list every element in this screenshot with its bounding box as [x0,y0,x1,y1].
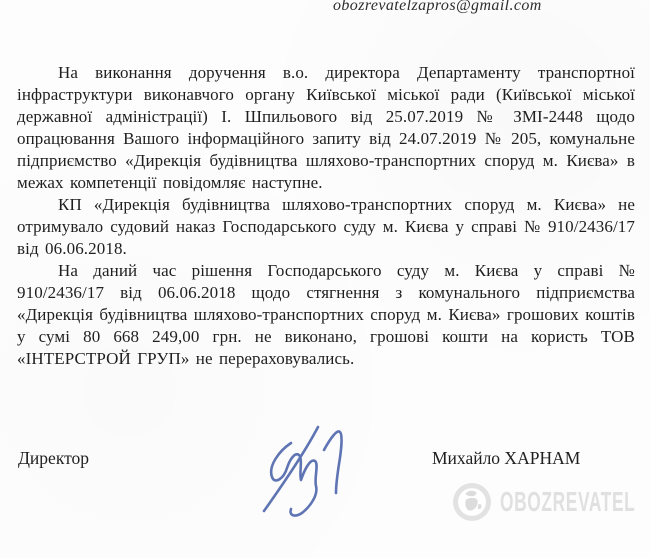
handwritten-signature [248,413,363,528]
paragraph-2: КП «Дирекція будівництва шляхово-транспо… [17,194,635,260]
email-address: obozrevatelzapros@gmail.com [333,0,542,15]
signature-stroke-loops [271,443,316,516]
signatory-name: Михайло ХАРНАМ [432,448,580,469]
paragraph-1: На виконання доручення в.о. директора Де… [17,62,635,194]
obozrevatel-watermark: OBOZREVATEL [453,483,650,521]
globe-icon [453,483,491,521]
watermark-text: OBOZREVATEL [500,483,635,521]
signatory-title: Директор [18,448,89,469]
scanned-letter-page: obozrevatelzapros@gmail.com На виконання… [0,0,650,558]
signature-stroke-tall [324,431,342,493]
paragraph-3: На даний час рішення Господарського суду… [17,260,635,370]
letter-body: На виконання доручення в.о. директора Де… [17,62,635,370]
